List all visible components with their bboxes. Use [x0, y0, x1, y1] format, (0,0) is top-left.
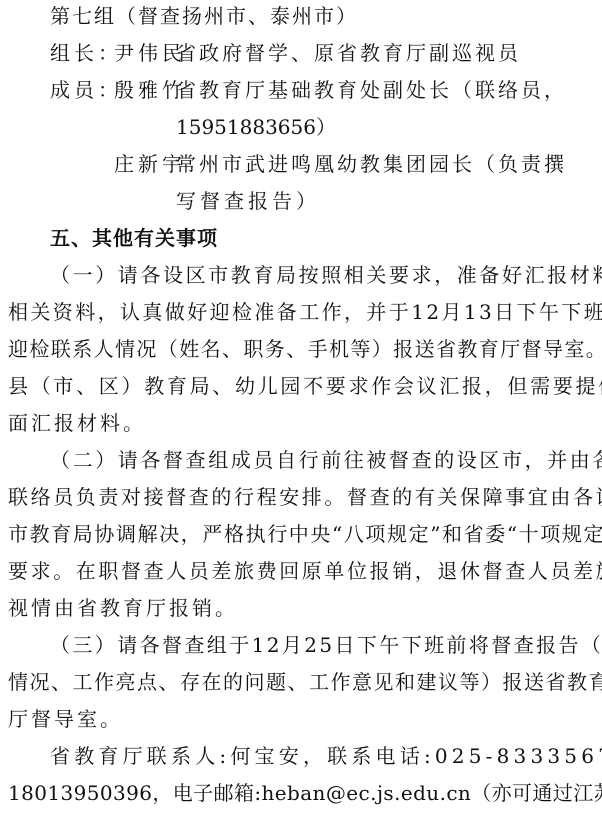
- group-title: 第七组（督查扬州市、泰州市）: [50, 3, 358, 29]
- item2-line: （二）请各督查组成员自行前往被督查的设区市，并由各组: [50, 447, 602, 473]
- item3-line: 厅督导室。: [8, 706, 123, 732]
- item2-line: 市教育局协调解决，严格执行中央“八项规定”和省委“十项规定”: [8, 521, 602, 547]
- member-title-1a: 省教育厅基础教育处副处长（联络员，: [176, 77, 567, 103]
- item1-line: 迎检联系人情况（姓名、职务、手机等）报送省教育厅督导室。: [8, 336, 602, 362]
- member-title-1b: 15951883656）: [176, 114, 336, 140]
- contact-line: 18013950396，电子邮箱:heban@ec.js.edu.cn（亦可通过…: [8, 780, 602, 806]
- item2-line: 联络员负责对接督查的行程安排。督查的有关保障事宜由各设区: [8, 484, 602, 510]
- item1-line: 面汇报材料。: [8, 410, 146, 436]
- item3-line: 情况、工作亮点、存在的问题、工作意见和建议等）报送省教育: [8, 669, 602, 695]
- leader-label: 组长：: [50, 40, 122, 66]
- member-title-2b: 写督查报告）: [176, 188, 320, 214]
- item2-line: 视情由省教育厅报销。: [8, 595, 238, 621]
- contact-line: 省教育厅联系人:何宝安，联系电话:025-83335673、: [50, 743, 602, 769]
- member-label: 成员：: [50, 77, 122, 103]
- item1-line: 相关资料，认真做好迎检准备工作，并于12月13日下午下班前将: [8, 299, 602, 325]
- member-title-2a: 常州市武进鸣凰幼教集团园长（负责撰: [176, 151, 567, 177]
- item3-line: （三）请各督查组于12月25日下午下班前将督查报告（基本: [50, 632, 602, 658]
- item1-line: 县（市、区）教育局、幼儿园不要求作会议汇报，但需要提供书: [8, 373, 602, 399]
- item1-line: （一）请各设区市教育局按照相关要求，准备好汇报材料和: [50, 262, 602, 288]
- leader-title: 省政府督学、原省教育厅副巡视员: [176, 40, 521, 66]
- section-heading: 五、其他有关事项: [50, 225, 218, 251]
- item2-line: 要求。在职督查人员差旅费回原单位报销，退休督查人员差旅费: [8, 558, 602, 584]
